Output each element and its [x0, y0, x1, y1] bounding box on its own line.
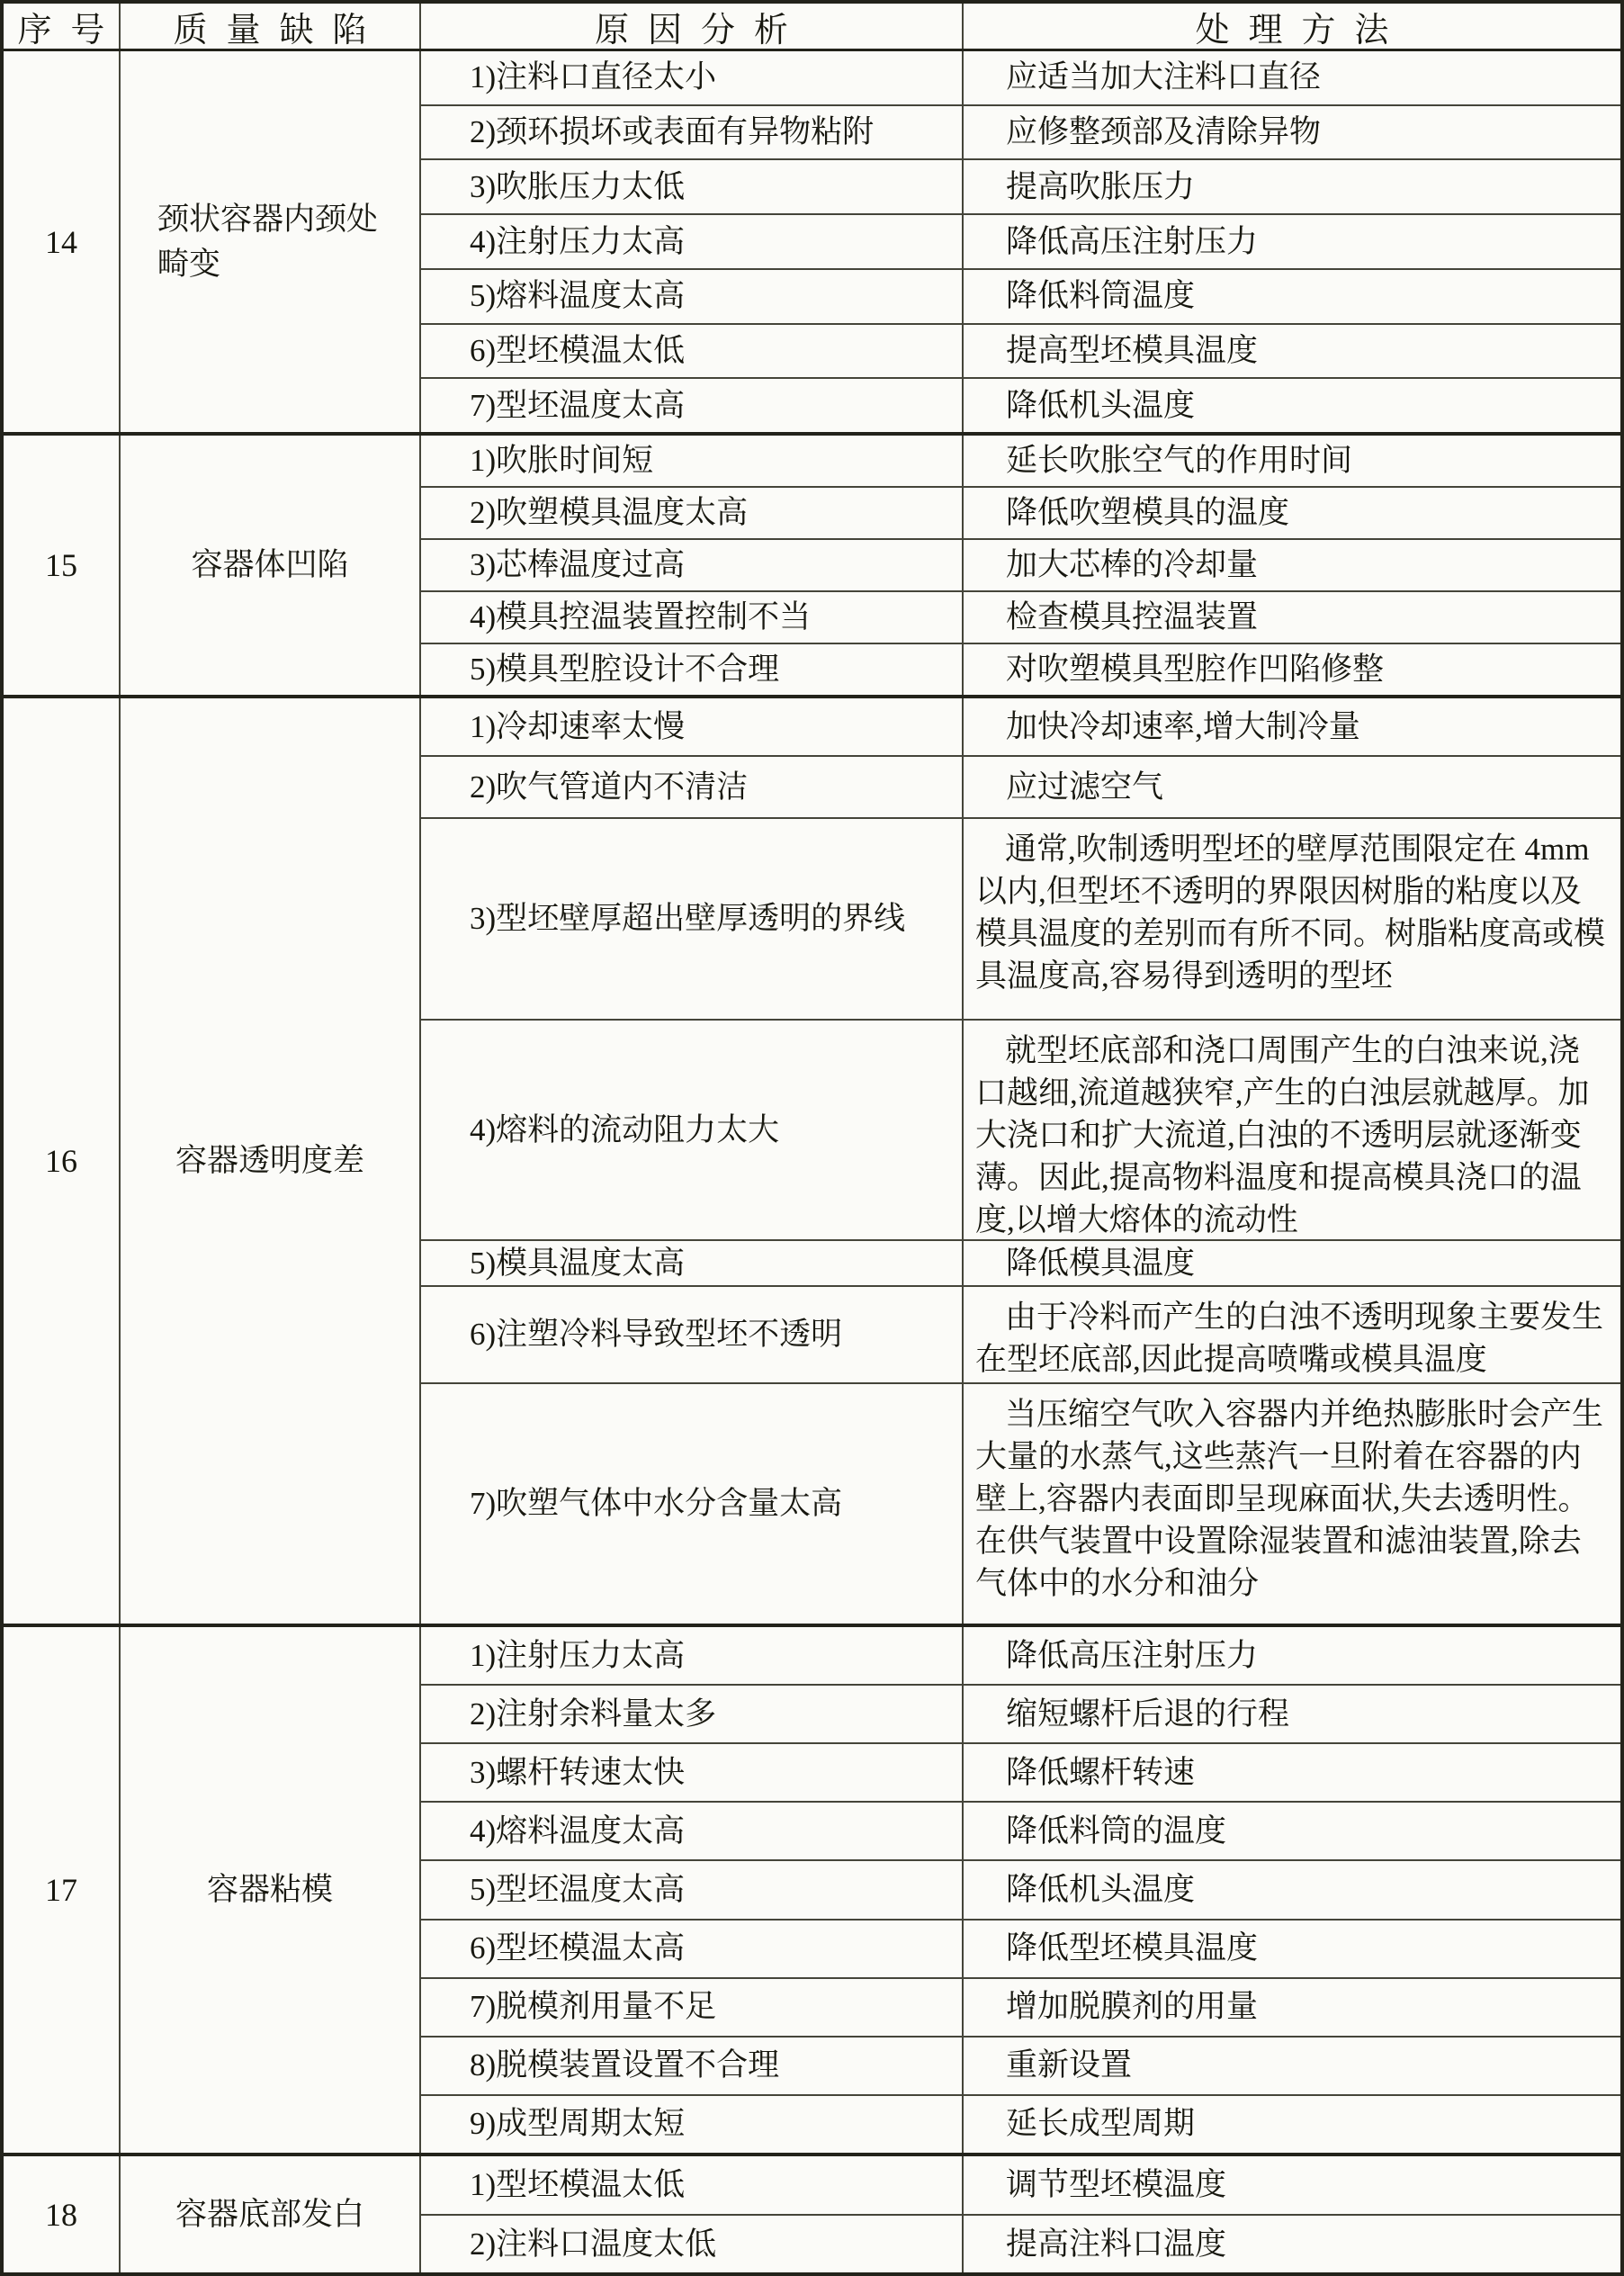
cause-text: 2)注料口温度太低: [470, 2225, 716, 2264]
table-row: 1)注射压力太高降低高压注射压力: [421, 1627, 1620, 1684]
cause-cell: 5)熔料温度太高: [421, 270, 964, 323]
treatment-text: 应过滤空气: [1006, 768, 1163, 807]
treatment-cell: 重新设置: [964, 2038, 1620, 2094]
cause-text: 4)熔料温度太高: [470, 1812, 685, 1851]
treatment-cell: 降低模具温度: [964, 1241, 1620, 1285]
treatment-cell: 提高注料口温度: [964, 2216, 1620, 2273]
treatment-cell: 调节型坯模温度: [964, 2156, 1620, 2214]
table-row: 5)模具温度太高降低模具温度: [421, 1239, 1620, 1285]
cause-cell: 3)吹胀压力太低: [421, 160, 964, 213]
defect-cell: 容器透明度差: [121, 698, 421, 1624]
cause-cell: 5)模具型腔设计不合理: [421, 644, 964, 695]
treatment-cell: 加大芯棒的冷却量: [964, 540, 1620, 590]
table-row: 3)吹胀压力太低提高吹胀压力: [421, 158, 1620, 213]
treatment-text: 降低料筒温度: [1006, 276, 1195, 316]
cause-cell: 1)冷却速率太慢: [421, 698, 964, 755]
defect-label: 颈状容器内颈处畸变: [157, 197, 382, 287]
treatment-text: 提高吹胀压力: [1006, 167, 1195, 207]
header-label-treatment: 处理方法: [1196, 2, 1408, 51]
table-row: 2)吹塑模具温度太高降低吹塑模具的温度: [421, 486, 1620, 538]
table-row: 3)芯棒温度过高加大芯棒的冷却量: [421, 538, 1620, 590]
cause-cell: 1)注射压力太高: [421, 1627, 964, 1684]
header-label-seq: 序号: [18, 2, 124, 51]
table-row: 6)型坯模温太低提高型坯模具温度: [421, 323, 1620, 378]
cause-cell: 3)芯棒温度过高: [421, 540, 964, 590]
cause-cell: 2)吹塑模具温度太高: [421, 488, 964, 538]
cause-cell: 3)型坯壁厚超出壁厚透明的界线: [421, 819, 964, 1019]
defect-table-page: 序号 质量缺陷 原因分析 处理方法 14颈状容器内颈处畸变1)注料口直径太小应适…: [0, 0, 1624, 2276]
treatment-cell: 应适当加大注料口直径: [964, 51, 1620, 104]
cause-cell: 1)注料口直径太小: [421, 51, 964, 104]
table-row: 3)螺杆转速太快降低螺杆转速: [421, 1742, 1620, 1801]
row-number: 18: [45, 2196, 77, 2234]
cause-cell: 5)模具温度太高: [421, 1241, 964, 1285]
row-number-cell: 14: [4, 51, 121, 432]
cause-text: 7)型坯温度太高: [470, 386, 685, 426]
row-number-cell: 17: [4, 1627, 121, 2153]
cause-text: 5)模具温度太高: [470, 1244, 685, 1283]
treatment-text: 就型坯底部和浇口周围产生的白浊来说,浇口越细,流道越狭窄,产生的白浊层就越厚。加…: [975, 1030, 1606, 1241]
table-row: 3)型坯壁厚超出壁厚透明的界线通常,吹制透明型坯的壁厚范围限定在 4mm 以内,…: [421, 817, 1620, 1019]
table-row: 1)型坯模温太低调节型坯模温度: [421, 2156, 1620, 2214]
cause-text: 2)吹气管道内不清洁: [470, 768, 748, 807]
defect-section: 17容器粘模1)注射压力太高降低高压注射压力2)注射余料量太多缩短螺杆后退的行程…: [4, 1624, 1620, 2153]
cause-text: 6)注塑冷料导致型坯不透明: [470, 1315, 842, 1354]
header-cell-cause: 原因分析: [421, 4, 964, 49]
treatment-text: 提高注料口温度: [1006, 2225, 1226, 2264]
defect-section: 14颈状容器内颈处畸变1)注料口直径太小应适当加大注料口直径2)颈环损坏或表面有…: [4, 51, 1620, 432]
table-row: 1)注料口直径太小应适当加大注料口直径: [421, 51, 1620, 104]
table-body: 14颈状容器内颈处畸变1)注料口直径太小应适当加大注料口直径2)颈环损坏或表面有…: [4, 51, 1620, 2273]
treatment-text: 降低高压注射压力: [1006, 222, 1258, 262]
treatment-cell: 增加脱膜剂的用量: [964, 1979, 1620, 2036]
row-number: 16: [45, 1142, 77, 1180]
cause-text: 1)吹胀时间短: [470, 441, 653, 481]
treatment-text: 缩短螺杆后退的行程: [1006, 1695, 1289, 1734]
cause-cell: 3)螺杆转速太快: [421, 1744, 964, 1801]
treatment-cell: 降低吹塑模具的温度: [964, 488, 1620, 538]
treatment-cell: 当压缩空气吹入容器内并绝热膨胀时会产生大量的水蒸气,这些蒸汽一旦附着在容器的内壁…: [964, 1384, 1620, 1624]
treatment-cell: 降低高压注射压力: [964, 1627, 1620, 1684]
treatment-text: 应适当加大注料口直径: [1006, 58, 1321, 97]
cause-cell: 6)型坯模温太低: [421, 325, 964, 378]
treatment-cell: 延长成型周期: [964, 2096, 1620, 2153]
table-row: 8)脱模装置设置不合理重新设置: [421, 2036, 1620, 2094]
defect-section: 18容器底部发白1)型坯模温太低调节型坯模温度2)注料口温度太低提高注料口温度: [4, 2153, 1620, 2273]
treatment-text: 重新设置: [1006, 2046, 1132, 2085]
treatment-cell: 降低机头温度: [964, 379, 1620, 432]
table-row: 9)成型周期太短延长成型周期: [421, 2094, 1620, 2153]
cause-text: 4)熔料的流动阻力太大: [470, 1111, 779, 1150]
cause-cell: 4)注射压力太高: [421, 215, 964, 268]
cause-cell: 2)注射余料量太多: [421, 1686, 964, 1742]
treatment-text: 降低螺杆转速: [1006, 1753, 1195, 1793]
cause-text: 5)熔料温度太高: [470, 276, 685, 316]
table-row: 7)型坯温度太高降低机头温度: [421, 377, 1620, 432]
treatment-cell: 降低料筒温度: [964, 270, 1620, 323]
table-row: 4)注射压力太高降低高压注射压力: [421, 213, 1620, 268]
table-row: 6)注塑冷料导致型坯不透明由于冷料而产生的白浊不透明现象主要发生在型坯底部,因此…: [421, 1285, 1620, 1382]
treatment-text: 对吹塑模具型腔作凹陷修整: [1006, 650, 1384, 689]
cause-text: 3)吹胀压力太低: [470, 167, 685, 207]
treatment-cell: 降低高压注射压力: [964, 215, 1620, 268]
table-row: 7)脱模剂用量不足增加脱膜剂的用量: [421, 1977, 1620, 2036]
treatment-text: 降低机头温度: [1006, 1870, 1195, 1910]
header-label-defect: 质量缺陷: [174, 2, 386, 51]
treatment-cell: 延长吹胀空气的作用时间: [964, 436, 1620, 486]
table-row: 2)颈环损坏或表面有异物粘附应修整颈部及清除异物: [421, 104, 1620, 159]
treatment-cell: 对吹塑模具型腔作凹陷修整: [964, 644, 1620, 695]
treatment-cell: 加快冷却速率,增大制冷量: [964, 698, 1620, 755]
section-rows: 1)注料口直径太小应适当加大注料口直径2)颈环损坏或表面有异物粘附应修整颈部及清…: [421, 51, 1620, 432]
defect-cell: 容器底部发白: [121, 2156, 421, 2273]
section-rows: 1)吹胀时间短延长吹胀空气的作用时间2)吹塑模具温度太高降低吹塑模具的温度3)芯…: [421, 436, 1620, 695]
treatment-cell: 降低机头温度: [964, 1861, 1620, 1918]
treatment-text: 增加脱膜剂的用量: [1006, 1987, 1258, 2027]
cause-cell: 1)吹胀时间短: [421, 436, 964, 486]
table-row: 2)注料口温度太低提高注料口温度: [421, 2214, 1620, 2273]
defect-section: 15容器体凹陷1)吹胀时间短延长吹胀空气的作用时间2)吹塑模具温度太高降低吹塑模…: [4, 432, 1620, 695]
cause-text: 6)型坯模温太低: [470, 331, 685, 371]
treatment-cell: 应过滤空气: [964, 757, 1620, 817]
treatment-cell: 降低型坯模具温度: [964, 1921, 1620, 1977]
treatment-cell: 提高吹胀压力: [964, 160, 1620, 213]
table-header-row: 序号 质量缺陷 原因分析 处理方法: [4, 4, 1620, 51]
treatment-cell: 提高型坯模具温度: [964, 325, 1620, 378]
cause-text: 3)型坯壁厚超出壁厚透明的界线: [470, 899, 905, 939]
treatment-cell: 应修整颈部及清除异物: [964, 106, 1620, 159]
header-cell-seq: 序号: [4, 4, 121, 49]
treatment-text: 通常,吹制透明型坯的壁厚范围限定在 4mm 以内,但型坯不透明的界限因树脂的粘度…: [975, 828, 1606, 997]
table-row: 4)熔料温度太高降低料筒的温度: [421, 1801, 1620, 1859]
table-row: 5)型坯温度太高降低机头温度: [421, 1859, 1620, 1918]
cause-text: 3)螺杆转速太快: [470, 1753, 685, 1793]
cause-cell: 7)型坯温度太高: [421, 379, 964, 432]
cause-text: 9)成型周期太短: [470, 2104, 685, 2144]
treatment-text: 加快冷却速率,增大制冷量: [1006, 707, 1360, 747]
table-row: 2)吹气管道内不清洁应过滤空气: [421, 755, 1620, 817]
defect-section: 16容器透明度差1)冷却速率太慢加快冷却速率,增大制冷量2)吹气管道内不清洁应过…: [4, 695, 1620, 1624]
cause-text: 7)脱模剂用量不足: [470, 1987, 716, 2027]
defect-cell: 容器体凹陷: [121, 436, 421, 695]
treatment-text: 由于冷料而产生的白浊不透明现象主要发生在型坯底部,因此提高喷嘴或模具温度: [975, 1296, 1606, 1381]
cause-cell: 9)成型周期太短: [421, 2096, 964, 2153]
treatment-text: 加大芯棒的冷却量: [1006, 545, 1258, 585]
table-row: 6)型坯模温太高降低型坯模具温度: [421, 1919, 1620, 1977]
treatment-text: 降低模具温度: [1006, 1244, 1195, 1283]
cause-text: 2)颈环损坏或表面有异物粘附: [470, 112, 874, 152]
treatment-cell: 降低料筒的温度: [964, 1803, 1620, 1859]
treatment-text: 调节型坯模温度: [1006, 2165, 1226, 2205]
table-row: 1)冷却速率太慢加快冷却速率,增大制冷量: [421, 698, 1620, 755]
treatment-text: 当压缩空气吹入容器内并绝热膨胀时会产生大量的水蒸气,这些蒸汽一旦附着在容器的内壁…: [975, 1393, 1606, 1605]
treatment-text: 提高型坯模具温度: [1006, 331, 1258, 371]
cause-cell: 4)熔料温度太高: [421, 1803, 964, 1859]
cause-text: 7)吹塑气体中水分含量太高: [470, 1484, 842, 1524]
row-number-cell: 18: [4, 2156, 121, 2273]
treatment-text: 降低料筒的温度: [1006, 1812, 1226, 1851]
row-number: 14: [45, 223, 77, 261]
cause-cell: 7)吹塑气体中水分含量太高: [421, 1384, 964, 1624]
table-row: 2)注射余料量太多缩短螺杆后退的行程: [421, 1684, 1620, 1742]
cause-cell: 2)吹气管道内不清洁: [421, 757, 964, 817]
cause-text: 1)注料口直径太小: [470, 58, 716, 97]
cause-cell: 6)注塑冷料导致型坯不透明: [421, 1287, 964, 1382]
treatment-cell: 通常,吹制透明型坯的壁厚范围限定在 4mm 以内,但型坯不透明的界限因树脂的粘度…: [964, 819, 1620, 1019]
defect-cell: 容器粘模: [121, 1627, 421, 2153]
table-row: 5)熔料温度太高降低料筒温度: [421, 268, 1620, 323]
row-number-cell: 15: [4, 436, 121, 695]
cause-text: 4)注射压力太高: [470, 222, 685, 262]
treatment-text: 应修整颈部及清除异物: [1006, 112, 1321, 152]
defect-label: 容器透明度差: [175, 1138, 364, 1183]
cause-text: 1)注射压力太高: [470, 1636, 685, 1676]
treatment-text: 降低吹塑模具的温度: [1006, 493, 1289, 533]
cause-cell: 8)脱模装置设置不合理: [421, 2038, 964, 2094]
treatment-cell: 检查模具控温装置: [964, 592, 1620, 643]
cause-text: 4)模具控温装置控制不当: [470, 598, 811, 637]
treatment-cell: 就型坯底部和浇口周围产生的白浊来说,浇口越细,流道越狭窄,产生的白浊层就越厚。加…: [964, 1021, 1620, 1239]
treatment-text: 延长成型周期: [1006, 2104, 1195, 2144]
cause-text: 6)型坯模温太高: [470, 1929, 685, 1968]
header-label-cause: 原因分析: [595, 2, 807, 51]
row-number-cell: 16: [4, 698, 121, 1624]
cause-cell: 6)型坯模温太高: [421, 1921, 964, 1977]
cause-text: 8)脱模装置设置不合理: [470, 2046, 779, 2085]
cause-text: 5)型坯温度太高: [470, 1870, 685, 1910]
section-rows: 1)注射压力太高降低高压注射压力2)注射余料量太多缩短螺杆后退的行程3)螺杆转速…: [421, 1627, 1620, 2153]
treatment-text: 检查模具控温装置: [1006, 598, 1258, 637]
cause-cell: 5)型坯温度太高: [421, 1861, 964, 1918]
cause-cell: 4)模具控温装置控制不当: [421, 592, 964, 643]
table-row: 5)模具型腔设计不合理对吹塑模具型腔作凹陷修整: [421, 643, 1620, 695]
table-row: 4)模具控温装置控制不当检查模具控温装置: [421, 590, 1620, 643]
treatment-cell: 降低螺杆转速: [964, 1744, 1620, 1801]
section-rows: 1)冷却速率太慢加快冷却速率,增大制冷量2)吹气管道内不清洁应过滤空气3)型坯壁…: [421, 698, 1620, 1624]
treatment-text: 降低型坯模具温度: [1006, 1929, 1258, 1968]
cause-cell: 7)脱模剂用量不足: [421, 1979, 964, 2036]
defect-cell: 颈状容器内颈处畸变: [121, 51, 421, 432]
table-row: 7)吹塑气体中水分含量太高当压缩空气吹入容器内并绝热膨胀时会产生大量的水蒸气,这…: [421, 1382, 1620, 1624]
defect-label: 容器粘模: [207, 1867, 333, 1912]
defect-label: 容器体凹陷: [191, 543, 348, 588]
cause-cell: 2)注料口温度太低: [421, 2216, 964, 2273]
header-cell-defect: 质量缺陷: [121, 4, 421, 49]
cause-cell: 1)型坯模温太低: [421, 2156, 964, 2214]
cause-text: 1)型坯模温太低: [470, 2165, 685, 2205]
cause-text: 3)芯棒温度过高: [470, 545, 685, 585]
cause-text: 1)冷却速率太慢: [470, 707, 685, 747]
treatment-cell: 缩短螺杆后退的行程: [964, 1686, 1620, 1742]
treatment-cell: 由于冷料而产生的白浊不透明现象主要发生在型坯底部,因此提高喷嘴或模具温度: [964, 1287, 1620, 1382]
defect-label: 容器底部发白: [175, 2192, 364, 2237]
table-row: 1)吹胀时间短延长吹胀空气的作用时间: [421, 436, 1620, 486]
header-cell-treatment: 处理方法: [964, 4, 1620, 49]
treatment-text: 延长吹胀空气的作用时间: [1006, 441, 1352, 481]
cause-text: 2)吹塑模具温度太高: [470, 493, 748, 533]
treatment-text: 降低机头温度: [1006, 386, 1195, 426]
treatment-text: 降低高压注射压力: [1006, 1636, 1258, 1676]
cause-cell: 4)熔料的流动阻力太大: [421, 1021, 964, 1239]
row-number: 15: [45, 546, 77, 584]
cause-cell: 2)颈环损坏或表面有异物粘附: [421, 106, 964, 159]
section-rows: 1)型坯模温太低调节型坯模温度2)注料口温度太低提高注料口温度: [421, 2156, 1620, 2273]
cause-text: 5)模具型腔设计不合理: [470, 650, 779, 689]
row-number: 17: [45, 1871, 77, 1909]
cause-text: 2)注射余料量太多: [470, 1695, 716, 1734]
table-row: 4)熔料的流动阻力太大就型坯底部和浇口周围产生的白浊来说,浇口越细,流道越狭窄,…: [421, 1019, 1620, 1239]
